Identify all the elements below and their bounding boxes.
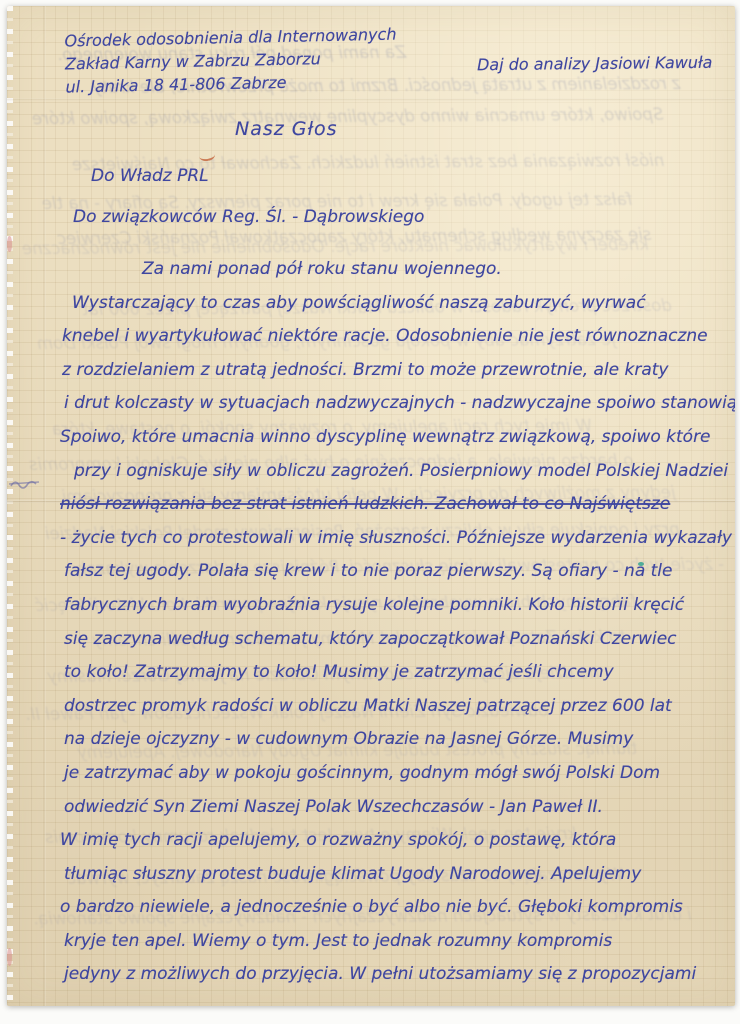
letter-line: fałsz tej ugody. Polała się krew i to ni…: [64, 555, 735, 589]
letter-line: na dzieje ojczyzny - w cudownym Obrazie …: [64, 723, 735, 757]
letter-title: Nasz Głos: [235, 118, 337, 140]
letter-line: i drut kolczasty w sytuacjach nadzwyczaj…: [64, 387, 735, 421]
letter-line: niósł rozwiązania bez strat istnień ludz…: [60, 488, 735, 522]
letter-line: odwiedzić Syn Ziemi Naszej Polak Wszechc…: [64, 791, 735, 825]
letter-line: jedyny z możliwych do przyjęcia. W pełni…: [64, 958, 735, 992]
letter-line: Za nami ponad pół roku stanu wojennego.: [142, 253, 735, 287]
letter-line: fabrycznych bram wyobraźnia rysuje kolej…: [64, 589, 735, 623]
letter-body: Za nami ponad pół roku stanu wojennego.W…: [60, 253, 735, 992]
letter-line: Spoiwo, które umacnia winno dyscyplinę w…: [60, 421, 735, 455]
bleed-through-text: się zaczyna według schematu, który zapoc…: [57, 225, 652, 248]
letter-line: Wystarczający to czas aby powściągliwość…: [72, 287, 735, 321]
letter-line: przy i ogniskuje siły w obliczu zagrożeń…: [74, 455, 735, 489]
addressee-line-2: Do związkowców Reg. Śl. - Dąbrowskiego: [73, 207, 424, 227]
fold-crease-top: [7, 98, 735, 101]
letter-line: to koło! Zatrzymajmy to koło! Musimy je …: [64, 656, 735, 690]
letter-line: W imię tych racji apelujemy, o rozważny …: [60, 824, 735, 858]
ink-speck: [638, 562, 644, 566]
edge-stain: [7, 948, 12, 966]
sender-address-block: Ośrodek odosobnienia dla Internowanych Z…: [64, 23, 397, 99]
fold-crease-vertical: [44, 6, 46, 1006]
letter-line: knebel i wyartykułować niektóre racje. O…: [62, 320, 735, 354]
edge-stain: [7, 236, 12, 252]
addressee-line-1: Do Władz PRL: [91, 166, 209, 186]
letter-line: dostrzec promyk radości w obliczu Matki …: [64, 690, 735, 724]
letter-page: Za nami ponad pół roku stanu wojennego.z…: [7, 6, 735, 1006]
torn-paper-edge: [7, 6, 13, 1006]
margin-scribble: [8, 476, 42, 492]
bleed-through-text: Spoiwo, które umacnia winno dyscyplinę w…: [32, 105, 664, 128]
stray-pen-arc: [198, 149, 215, 162]
letter-line: tłumiąc słuszny protest buduje klimat Ug…: [64, 858, 735, 892]
letter-line: o bardzo niewiele, a jednocześnie o być …: [60, 891, 735, 925]
letter-line: się zaczyna według schematu, który zapoc…: [64, 623, 735, 657]
letter-line: kryje ten apel. Wiemy o tym. Jest to jed…: [64, 925, 735, 959]
annotation-note: Daj do analizy Jasiowi Kawuła: [477, 53, 713, 74]
letter-line: je zatrzymać aby w pokoju gościnnym, god…: [64, 757, 735, 791]
letter-line: z rozdzielaniem z utratą jedności. Brzmi…: [62, 354, 735, 388]
letter-line: - życie tych co protestowali w imię słus…: [60, 522, 735, 556]
